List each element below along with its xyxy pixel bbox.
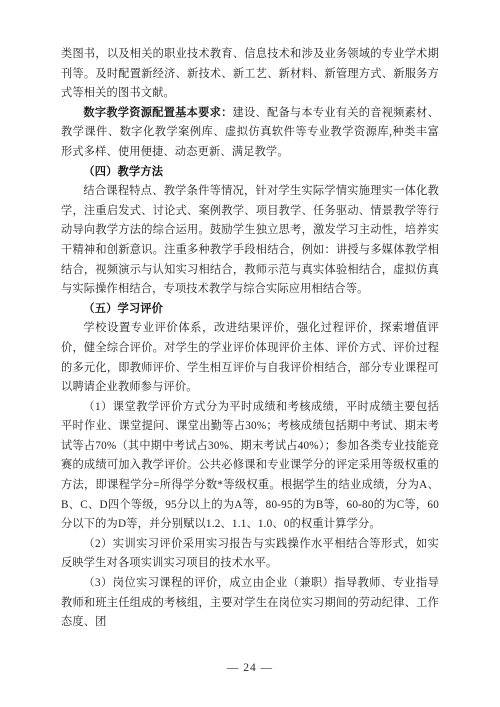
paragraph-books-continuation: 类图书，以及相关的职业技术教育、信息技术和涉及业务领域的专业学术期刊等。及时配置… bbox=[61, 45, 439, 104]
digital-resources-bold-lead: 数字教学资源配置基本要求： bbox=[83, 107, 232, 119]
heading-section-5-learning-evaluation: （五）学习评价 bbox=[61, 300, 439, 320]
document-page: 类图书，以及相关的职业技术教育、信息技术和涉及业务领域的专业学术期刊等。及时配置… bbox=[0, 0, 500, 707]
page-number: — 24 — bbox=[0, 662, 500, 674]
page-content: 类图书，以及相关的职业技术教育、信息技术和涉及业务领域的专业学术期刊等。及时配置… bbox=[61, 45, 439, 633]
heading-section-4-teaching-methods: （四）教学方法 bbox=[61, 163, 439, 183]
paragraph-digital-resources: 数字教学资源配置基本要求：建设、配备与本专业有关的音视频素材、教学课件、数字化教… bbox=[61, 104, 439, 163]
paragraph-item-3-post-internship: （3）岗位实习课程的评价，成立由企业（兼职）指导教师、专业指导教师和班主任组成的… bbox=[61, 574, 439, 633]
paragraph-teaching-methods: 结合课程特点、教学条件等情况，针对学生实际学情实施理实一体化教学，注重启发式、讨… bbox=[61, 182, 439, 300]
paragraph-item-1-classroom-evaluation: （1）课堂教学评价方式分为平时成绩和考核成绩，平时成绩主要包括平时作业、课堂提问… bbox=[61, 398, 439, 535]
paragraph-evaluation-overview: 学校设置专业评价体系，改进结果评价，强化过程评价，探索增值评价，健全综合评价。对… bbox=[61, 319, 439, 397]
paragraph-item-2-practical-training: （2）实训实习评价采用实习报告与实践操作水平相结合等形式，如实反映学生对各项实训… bbox=[61, 535, 439, 574]
